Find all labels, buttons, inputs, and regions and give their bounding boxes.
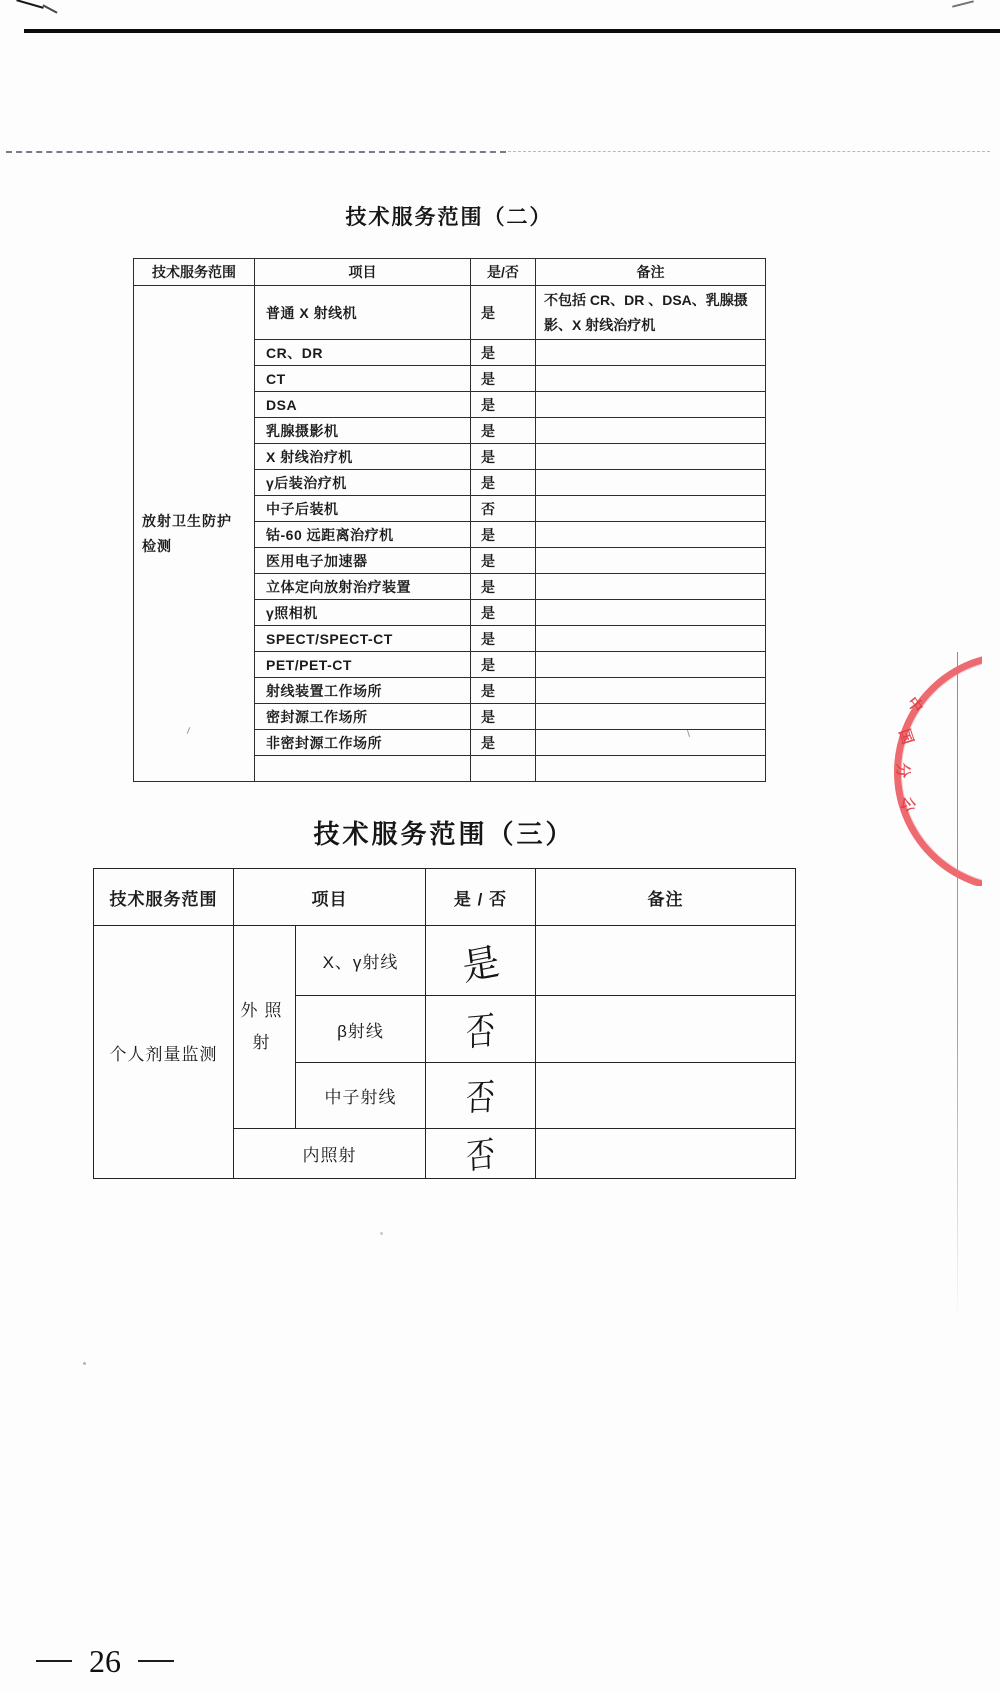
- header-scope: 技术服务范围: [94, 869, 234, 926]
- item-cell: 非密封源工作场所: [255, 730, 471, 756]
- yes-no-cell: 是: [471, 392, 536, 418]
- remark-cell: [536, 496, 766, 522]
- page-number-dash: [138, 1660, 174, 1662]
- remark-cell: [536, 470, 766, 496]
- item-cell: 密封源工作场所: [255, 704, 471, 730]
- remark-cell: [536, 522, 766, 548]
- item-cell: 钴-60 远距离治疗机: [255, 522, 471, 548]
- header-remark: 备注: [536, 869, 796, 926]
- header-remark: 备注: [536, 259, 766, 286]
- table-header-row: 技术服务范围 项目 是 / 否 备注: [94, 869, 796, 926]
- remark-cell: [536, 548, 766, 574]
- item-cell: β射线: [296, 996, 426, 1063]
- category-cell: 放射卫生防护检测: [134, 286, 255, 782]
- scan-fold-line: [957, 652, 958, 1324]
- item-cell: CR、DR: [255, 340, 471, 366]
- yes-no-cell: 是: [471, 286, 536, 340]
- header-scope: 技术服务范围: [134, 259, 255, 286]
- seal-ring: [894, 652, 982, 886]
- item-cell: 医用电子加速器: [255, 548, 471, 574]
- item-cell: 普通 X 射线机: [255, 286, 471, 340]
- service-scope-table-3: 技术服务范围 项目 是 / 否 备注 个人剂量监测 外照射 X、γ射线 是 β射…: [93, 868, 796, 1179]
- header-item: 项目: [234, 869, 426, 926]
- remark-cell: [536, 366, 766, 392]
- item-cell: 立体定向放射治疗装置: [255, 574, 471, 600]
- yes-no-cell: 是: [471, 522, 536, 548]
- page-number-value: 26: [89, 1645, 121, 1677]
- remark-cell: [536, 418, 766, 444]
- remark-cell: [536, 392, 766, 418]
- remark-cell: [536, 652, 766, 678]
- remark-cell: [536, 926, 796, 996]
- yes-no-cell: 是: [471, 444, 536, 470]
- remark-cell: [536, 444, 766, 470]
- yes-no-cell: 是: [471, 418, 536, 444]
- yes-no-cell: 是: [471, 730, 536, 756]
- remark-cell: [536, 600, 766, 626]
- remark-cell: [536, 678, 766, 704]
- item-cell-internal-exposure: 内照射: [234, 1129, 426, 1179]
- remark-cell: [536, 626, 766, 652]
- yes-no-cell: 否: [471, 496, 536, 522]
- yes-no-cell: 是: [471, 340, 536, 366]
- seal-character: 国: [894, 726, 919, 747]
- yes-no-cell: 是: [471, 600, 536, 626]
- table-header-row: 技术服务范围 项目 是/否 备注: [134, 259, 766, 286]
- yes-no-cell: 是: [471, 366, 536, 392]
- header-yes-no: 是 / 否: [426, 869, 536, 926]
- item-cell: 中子射线: [296, 1063, 426, 1129]
- yes-no-cell: 是: [471, 574, 536, 600]
- scanned-document-page: 技术服务范围（二） 技术服务范围 项目 是/否 备注 放射卫生防护检测 普通 X…: [0, 0, 1000, 1692]
- table-row: 放射卫生防护检测 普通 X 射线机 是 不包括 CR、DR 、DSA、乳腺摄影、…: [134, 286, 766, 340]
- item-cell: X、γ射线: [296, 926, 426, 996]
- item-cell: γ照相机: [255, 600, 471, 626]
- handwritten-no: 否: [465, 1127, 496, 1180]
- yes-no-cell: 是: [471, 626, 536, 652]
- service-scope-table-2: 技术服务范围 项目 是/否 备注 放射卫生防护检测 普通 X 射线机 是 不包括…: [133, 258, 766, 782]
- seal-character: 中: [903, 692, 929, 717]
- seal-character: 分: [893, 763, 914, 778]
- group-cell-external-exposure: 外照射: [234, 926, 296, 1129]
- scan-dashed-line: [6, 151, 506, 153]
- seal-character: 公: [896, 794, 921, 815]
- header-item: 项目: [255, 259, 471, 286]
- yes-no-cell: 是: [471, 470, 536, 496]
- section-title-scope-2: 技术服务范围（二）: [133, 201, 765, 231]
- scan-top-black-bar: [24, 29, 1000, 33]
- page-number-dash: [36, 1660, 72, 1662]
- scan-speck: [83, 1362, 86, 1365]
- remark-cell: [536, 1129, 796, 1179]
- yes-no-cell: [471, 756, 536, 782]
- item-cell: CT: [255, 366, 471, 392]
- yes-no-cell: 否: [426, 996, 536, 1063]
- yes-no-cell: 否: [426, 1129, 536, 1179]
- category-cell: 个人剂量监测: [94, 926, 234, 1179]
- item-cell: 乳腺摄影机: [255, 418, 471, 444]
- item-cell: PET/PET-CT: [255, 652, 471, 678]
- remark-cell: [536, 756, 766, 782]
- handwritten-yes: 是: [459, 930, 502, 991]
- handwritten-no: 否: [466, 1001, 495, 1057]
- remark-cell: [536, 704, 766, 730]
- remark-cell: [536, 340, 766, 366]
- yes-no-cell: 是: [471, 548, 536, 574]
- yes-no-cell: 是: [471, 652, 536, 678]
- section-title-scope-3: 技术服务范围（三）: [93, 814, 795, 851]
- remark-cell: [536, 574, 766, 600]
- table-row: 个人剂量监测 外照射 X、γ射线 是: [94, 926, 796, 996]
- yes-no-cell: 是: [426, 926, 536, 996]
- scan-mark: [42, 4, 57, 13]
- item-cell: DSA: [255, 392, 471, 418]
- red-seal-stamp: 中 国 分 公: [878, 648, 982, 886]
- remark-cell: [536, 1063, 796, 1129]
- yes-no-cell: 否: [426, 1063, 536, 1129]
- item-cell: [255, 756, 471, 782]
- item-cell: 中子后装机: [255, 496, 471, 522]
- remark-cell: 不包括 CR、DR 、DSA、乳腺摄影、X 射线治疗机: [536, 286, 766, 340]
- scan-mark: [952, 0, 974, 7]
- yes-no-cell: 是: [471, 678, 536, 704]
- remark-cell: [536, 730, 766, 756]
- scan-dashed-line: [508, 151, 990, 152]
- item-cell: X 射线治疗机: [255, 444, 471, 470]
- item-cell: SPECT/SPECT-CT: [255, 626, 471, 652]
- page-number: 26: [36, 1645, 174, 1677]
- scan-mark: [16, 0, 43, 9]
- yes-no-cell: 是: [471, 704, 536, 730]
- scan-speck: [380, 1232, 383, 1235]
- item-cell: γ后装治疗机: [255, 470, 471, 496]
- handwritten-no: 否: [465, 1069, 496, 1121]
- header-yes-no: 是/否: [471, 259, 536, 286]
- remark-cell: [536, 996, 796, 1063]
- item-cell: 射线装置工作场所: [255, 678, 471, 704]
